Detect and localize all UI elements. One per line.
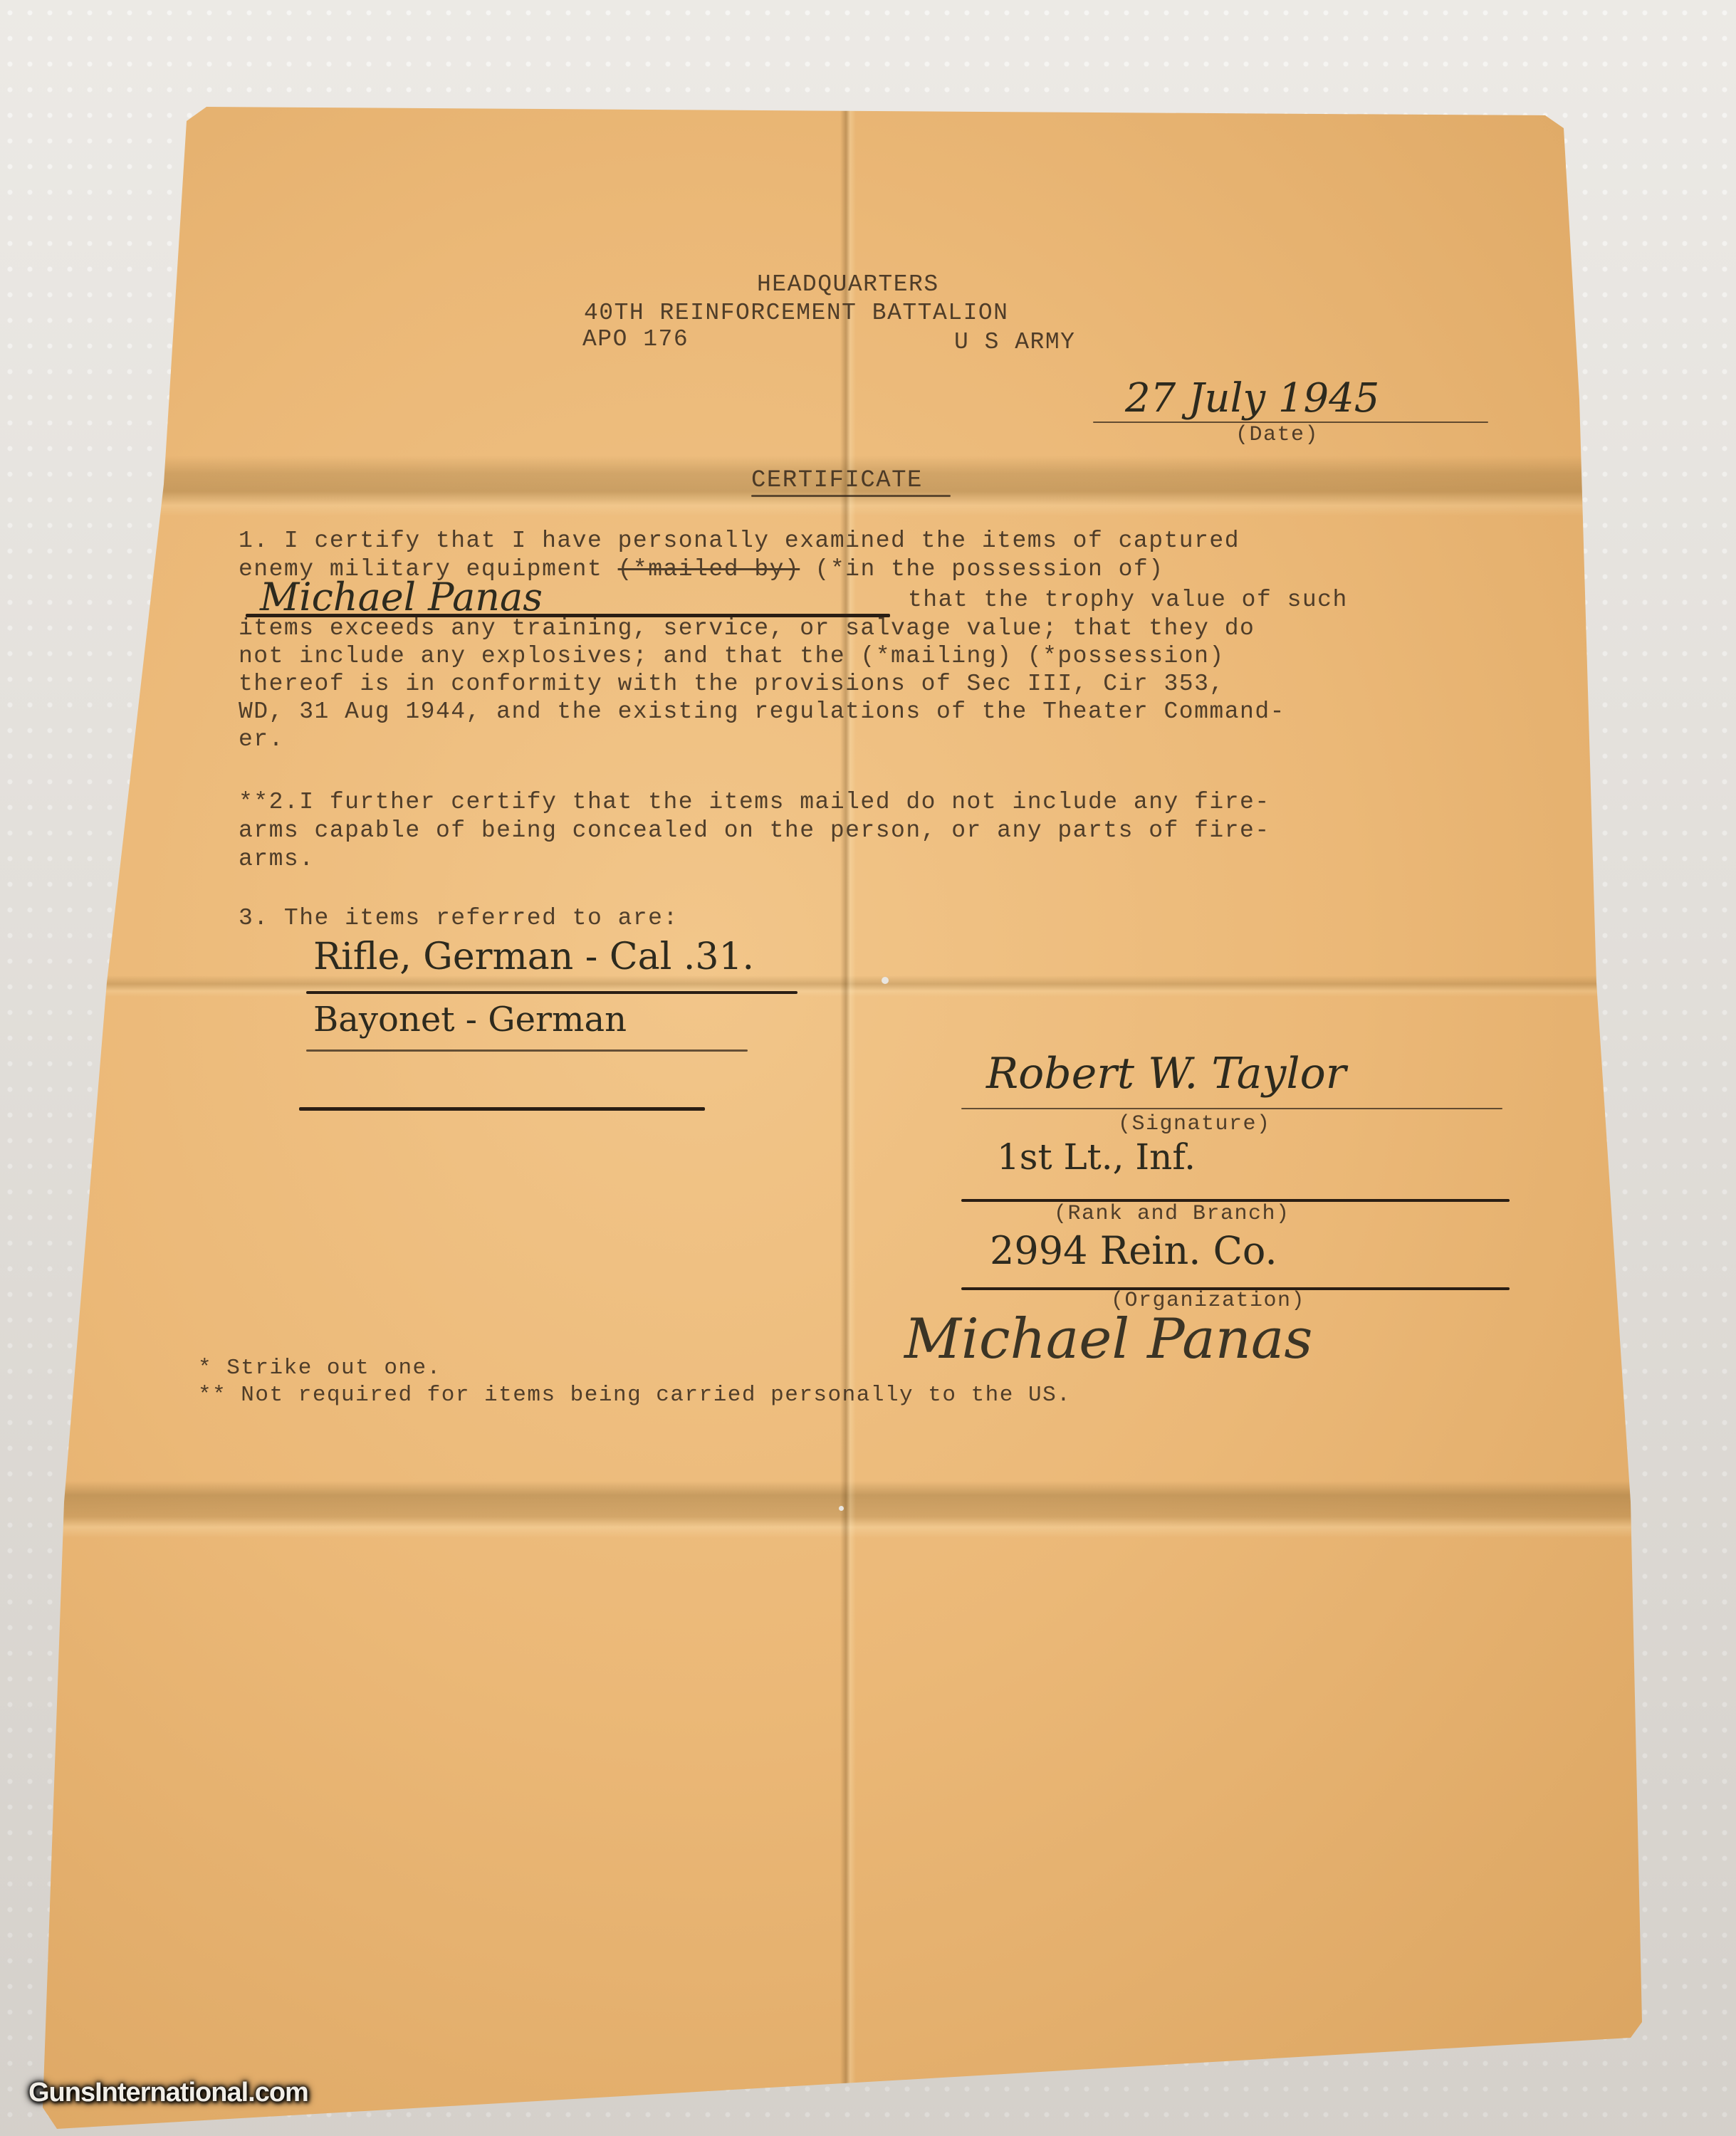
header-headquarters: HEADQUARTERS	[757, 273, 939, 296]
para1-line6: thereof is in conformity with the provis…	[239, 672, 1225, 696]
signature-line	[961, 1108, 1502, 1109]
officer-signature: Robert W. Taylor	[986, 1052, 1346, 1095]
footnote-not-required: ** Not required for items being carried …	[198, 1384, 1071, 1406]
para1-line1: 1. I certify that I have personally exam…	[239, 529, 1240, 553]
para2-line2: arms capable of being concealed on the p…	[239, 819, 1270, 842]
rank-branch-value: 1st Lt., Inf.	[997, 1139, 1196, 1175]
para2-line1: **2.I further certify that the items mai…	[239, 790, 1270, 814]
recipient-signature: Michael Panas	[904, 1312, 1312, 1367]
para1-line3: that the trophy value of such	[908, 588, 1348, 612]
para3-intro: 3. The items referred to are:	[239, 906, 679, 930]
handwritten-possessor-name: Michael Panas	[260, 578, 543, 617]
signature-label: (Signature)	[1118, 1114, 1271, 1135]
header-apo: APO 176	[582, 328, 689, 351]
fold-hole	[882, 977, 889, 984]
date-label: (Date)	[1235, 424, 1319, 446]
item-blank-line	[299, 1107, 705, 1111]
gunsinternational-watermark: GunsInternational.com	[28, 2078, 308, 2108]
rank-branch-label: (Rank and Branch)	[1054, 1203, 1290, 1225]
para1-line4: items exceeds any training, service, or …	[239, 617, 1255, 640]
in-possession-of: (*in the possession of)	[815, 556, 1164, 582]
para2-line3: arms.	[239, 847, 315, 871]
header-us-army: U S ARMY	[954, 330, 1075, 354]
footnote-strike-out: * Strike out one.	[198, 1357, 441, 1379]
date-value: 27 July 1945	[1125, 379, 1379, 419]
item-bayonet-line	[306, 1049, 748, 1052]
item-rifle: Rifle, German - Cal .31.	[313, 938, 754, 975]
title-underline	[751, 495, 951, 497]
para1-line5: not include any explosives; and that the…	[239, 644, 1225, 668]
certificate-title: CERTIFICATE	[751, 468, 923, 493]
mailed-by-strikethrough: (*mailed by)	[618, 556, 800, 582]
item-rifle-line	[306, 991, 798, 994]
header-battalion: 40TH REINFORCEMENT BATTALION	[584, 301, 1009, 325]
organization-value: 2994 Rein. Co.	[990, 1232, 1277, 1270]
item-bayonet: Bayonet - German	[313, 1002, 627, 1037]
fold-hole	[839, 1506, 844, 1511]
para1-line7: WD, 31 Aug 1944, and the existing regula…	[239, 700, 1285, 723]
para1-line8: er.	[239, 728, 284, 751]
